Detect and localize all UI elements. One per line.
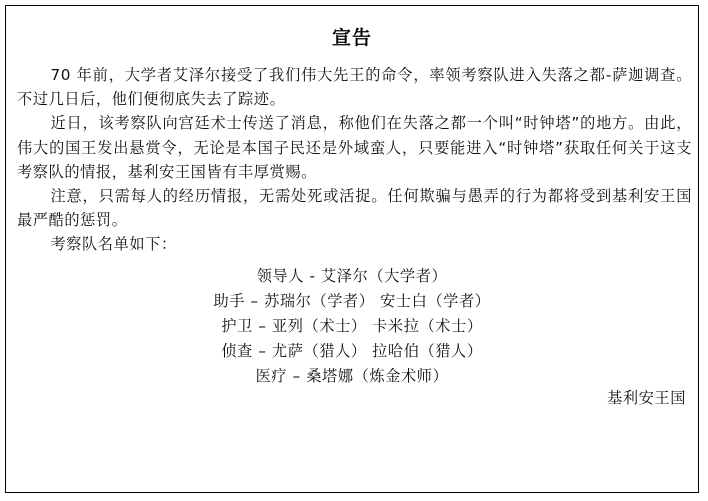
signature: 基利安王国 (607, 386, 686, 410)
roster-scouts: 侦查 – 尤萨（猎人） 拉哈伯（猎人） (6, 339, 698, 364)
expedition-roster: 领导人 - 艾泽尔（大学者） 助手 – 苏瑞尔（学者） 安士白（学者） 护卫 –… (6, 264, 698, 389)
roster-guards: 护卫 – 亚列（术士） 卡米拉（术士） (6, 314, 698, 339)
roster-assistants: 助手 – 苏瑞尔（学者） 安士白（学者） (6, 289, 698, 314)
paragraph-expedition-history: 70 年前，大学者艾泽尔接受了我们伟大先王的命令，率领考察队进入失落之都-萨迦调… (17, 63, 692, 111)
notice-title: 宣告 (6, 26, 698, 50)
roster-leader: 领导人 - 艾泽尔（大学者） (6, 264, 698, 289)
notice-body: 70 年前，大学者艾泽尔接受了我们伟大先王的命令，率领考察队进入失落之都-萨迦调… (17, 63, 692, 257)
paragraph-warning: 注意，只需每人的经历情报，无需处死或活捉。任何欺骗与愚弄的行为都将受到基利安王国… (17, 184, 692, 232)
paragraph-roster-intro: 考察队名单如下： (17, 232, 692, 256)
paragraph-bounty: 近日，该考察队向宫廷术士传送了消息，称他们在失落之都一个叫“时钟塔”的地方。由此… (17, 111, 692, 184)
roster-medic: 医疗 – 桑塔娜（炼金术师） (6, 364, 698, 389)
notice-frame: 宣告 70 年前，大学者艾泽尔接受了我们伟大先王的命令，率领考察队进入失落之都-… (5, 5, 699, 493)
